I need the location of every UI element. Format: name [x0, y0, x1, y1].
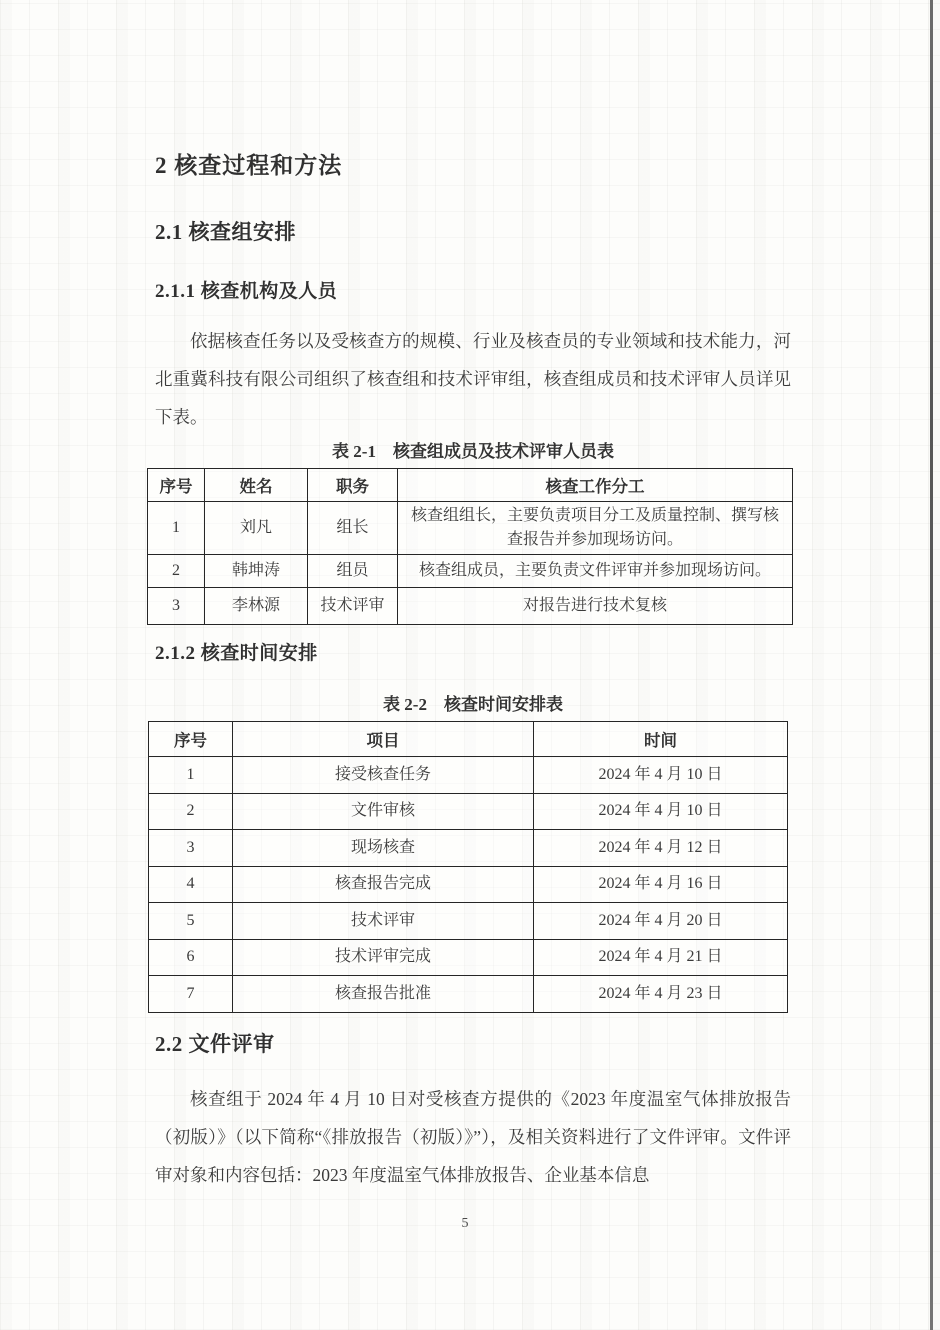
column-header: 职务 — [308, 469, 398, 502]
table-header-row: 序号 项目 时间 — [149, 722, 788, 757]
table-row: 2 文件审核 2024 年 4 月 10 日 — [149, 793, 788, 830]
cell-item: 核查报告批准 — [233, 976, 534, 1013]
column-header: 时间 — [534, 722, 788, 757]
cell-index: 1 — [149, 757, 233, 794]
schedule-table: 序号 项目 时间 1 接受核查任务 2024 年 4 月 10 日 2 文件审核… — [148, 721, 788, 1013]
table-row: 1 刘凡 组长 核查组组长，主要负责项目分工及质量控制、撰写核查报告并参加现场访… — [148, 502, 793, 555]
cell-date: 2024 年 4 月 20 日 — [534, 903, 788, 940]
page-edge-shadow — [930, 0, 933, 1330]
column-header: 核查工作分工 — [398, 469, 793, 502]
cell-index: 4 — [149, 866, 233, 903]
cell-item: 文件审核 — [233, 793, 534, 830]
cell-index: 3 — [148, 588, 205, 625]
table-row: 7 核查报告批准 2024 年 4 月 23 日 — [149, 976, 788, 1013]
table2-caption: 表 2-2 核查时间安排表 — [155, 690, 791, 715]
cell-duty: 对报告进行技术复核 — [398, 588, 793, 625]
team-table: 序号 姓名 职务 核查工作分工 1 刘凡 组长 核查组组长，主要负责项目分工及质… — [147, 468, 793, 625]
cell-name: 刘凡 — [205, 502, 308, 555]
section-heading-2-1-2: 2.1.2 核查时间安排 — [155, 638, 318, 665]
section-heading-2: 2 核查过程和方法 — [155, 147, 342, 180]
table-row: 3 现场核查 2024 年 4 月 12 日 — [149, 830, 788, 867]
column-header: 项目 — [233, 722, 534, 757]
cell-duty: 核查组组长，主要负责项目分工及质量控制、撰写核查报告并参加现场访问。 — [398, 502, 793, 555]
scanned-document-page: 2 核查过程和方法 2.1 核查组安排 2.1.1 核查机构及人员 依据核查任务… — [0, 0, 940, 1330]
cell-index: 1 — [148, 502, 205, 555]
cell-index: 5 — [149, 903, 233, 940]
table-row: 2 韩坤涛 组员 核查组成员，主要负责文件评审并参加现场访问。 — [148, 555, 793, 588]
section-heading-2-1-1: 2.1.1 核查机构及人员 — [155, 276, 337, 303]
cell-item: 技术评审完成 — [233, 939, 534, 976]
section-heading-2-2: 2.2 文件评审 — [155, 1028, 275, 1058]
cell-date: 2024 年 4 月 10 日 — [534, 793, 788, 830]
cell-role: 组长 — [308, 502, 398, 555]
cell-date: 2024 年 4 月 16 日 — [534, 866, 788, 903]
cell-role: 组员 — [308, 555, 398, 588]
table-row: 6 技术评审完成 2024 年 4 月 21 日 — [149, 939, 788, 976]
team-intro-paragraph: 依据核查任务以及受核查方的规模、行业及核查员的专业领域和技术能力，河北重冀科技有… — [155, 322, 791, 436]
cell-role: 技术评审 — [308, 588, 398, 625]
cell-index: 6 — [149, 939, 233, 976]
table-header-row: 序号 姓名 职务 核查工作分工 — [148, 469, 793, 502]
cell-index: 3 — [149, 830, 233, 867]
cell-date: 2024 年 4 月 23 日 — [534, 976, 788, 1013]
cell-date: 2024 年 4 月 10 日 — [534, 757, 788, 794]
cell-date: 2024 年 4 月 21 日 — [534, 939, 788, 976]
cell-index: 7 — [149, 976, 233, 1013]
table-row: 1 接受核查任务 2024 年 4 月 10 日 — [149, 757, 788, 794]
cell-name: 李林源 — [205, 588, 308, 625]
table-row: 4 核查报告完成 2024 年 4 月 16 日 — [149, 866, 788, 903]
column-header: 姓名 — [205, 469, 308, 502]
cell-item: 核查报告完成 — [233, 866, 534, 903]
section-heading-2-1: 2.1 核查组安排 — [155, 216, 296, 246]
table1-caption: 表 2-1 核查组成员及技术评审人员表 — [155, 437, 791, 462]
cell-item: 现场核查 — [233, 830, 534, 867]
cell-date: 2024 年 4 月 12 日 — [534, 830, 788, 867]
table-row: 5 技术评审 2024 年 4 月 20 日 — [149, 903, 788, 940]
cell-item: 接受核查任务 — [233, 757, 534, 794]
cell-duty: 核查组成员，主要负责文件评审并参加现场访问。 — [398, 555, 793, 588]
column-header: 序号 — [148, 469, 205, 502]
cell-index: 2 — [148, 555, 205, 588]
column-header: 序号 — [149, 722, 233, 757]
page-number: 5 — [155, 1216, 775, 1232]
cell-name: 韩坤涛 — [205, 555, 308, 588]
table-row: 3 李林源 技术评审 对报告进行技术复核 — [148, 588, 793, 625]
document-review-paragraph: 核查组于 2024 年 4 月 10 日对受核查方提供的《2023 年度温室气体… — [155, 1080, 791, 1194]
cell-index: 2 — [149, 793, 233, 830]
cell-item: 技术评审 — [233, 903, 534, 940]
